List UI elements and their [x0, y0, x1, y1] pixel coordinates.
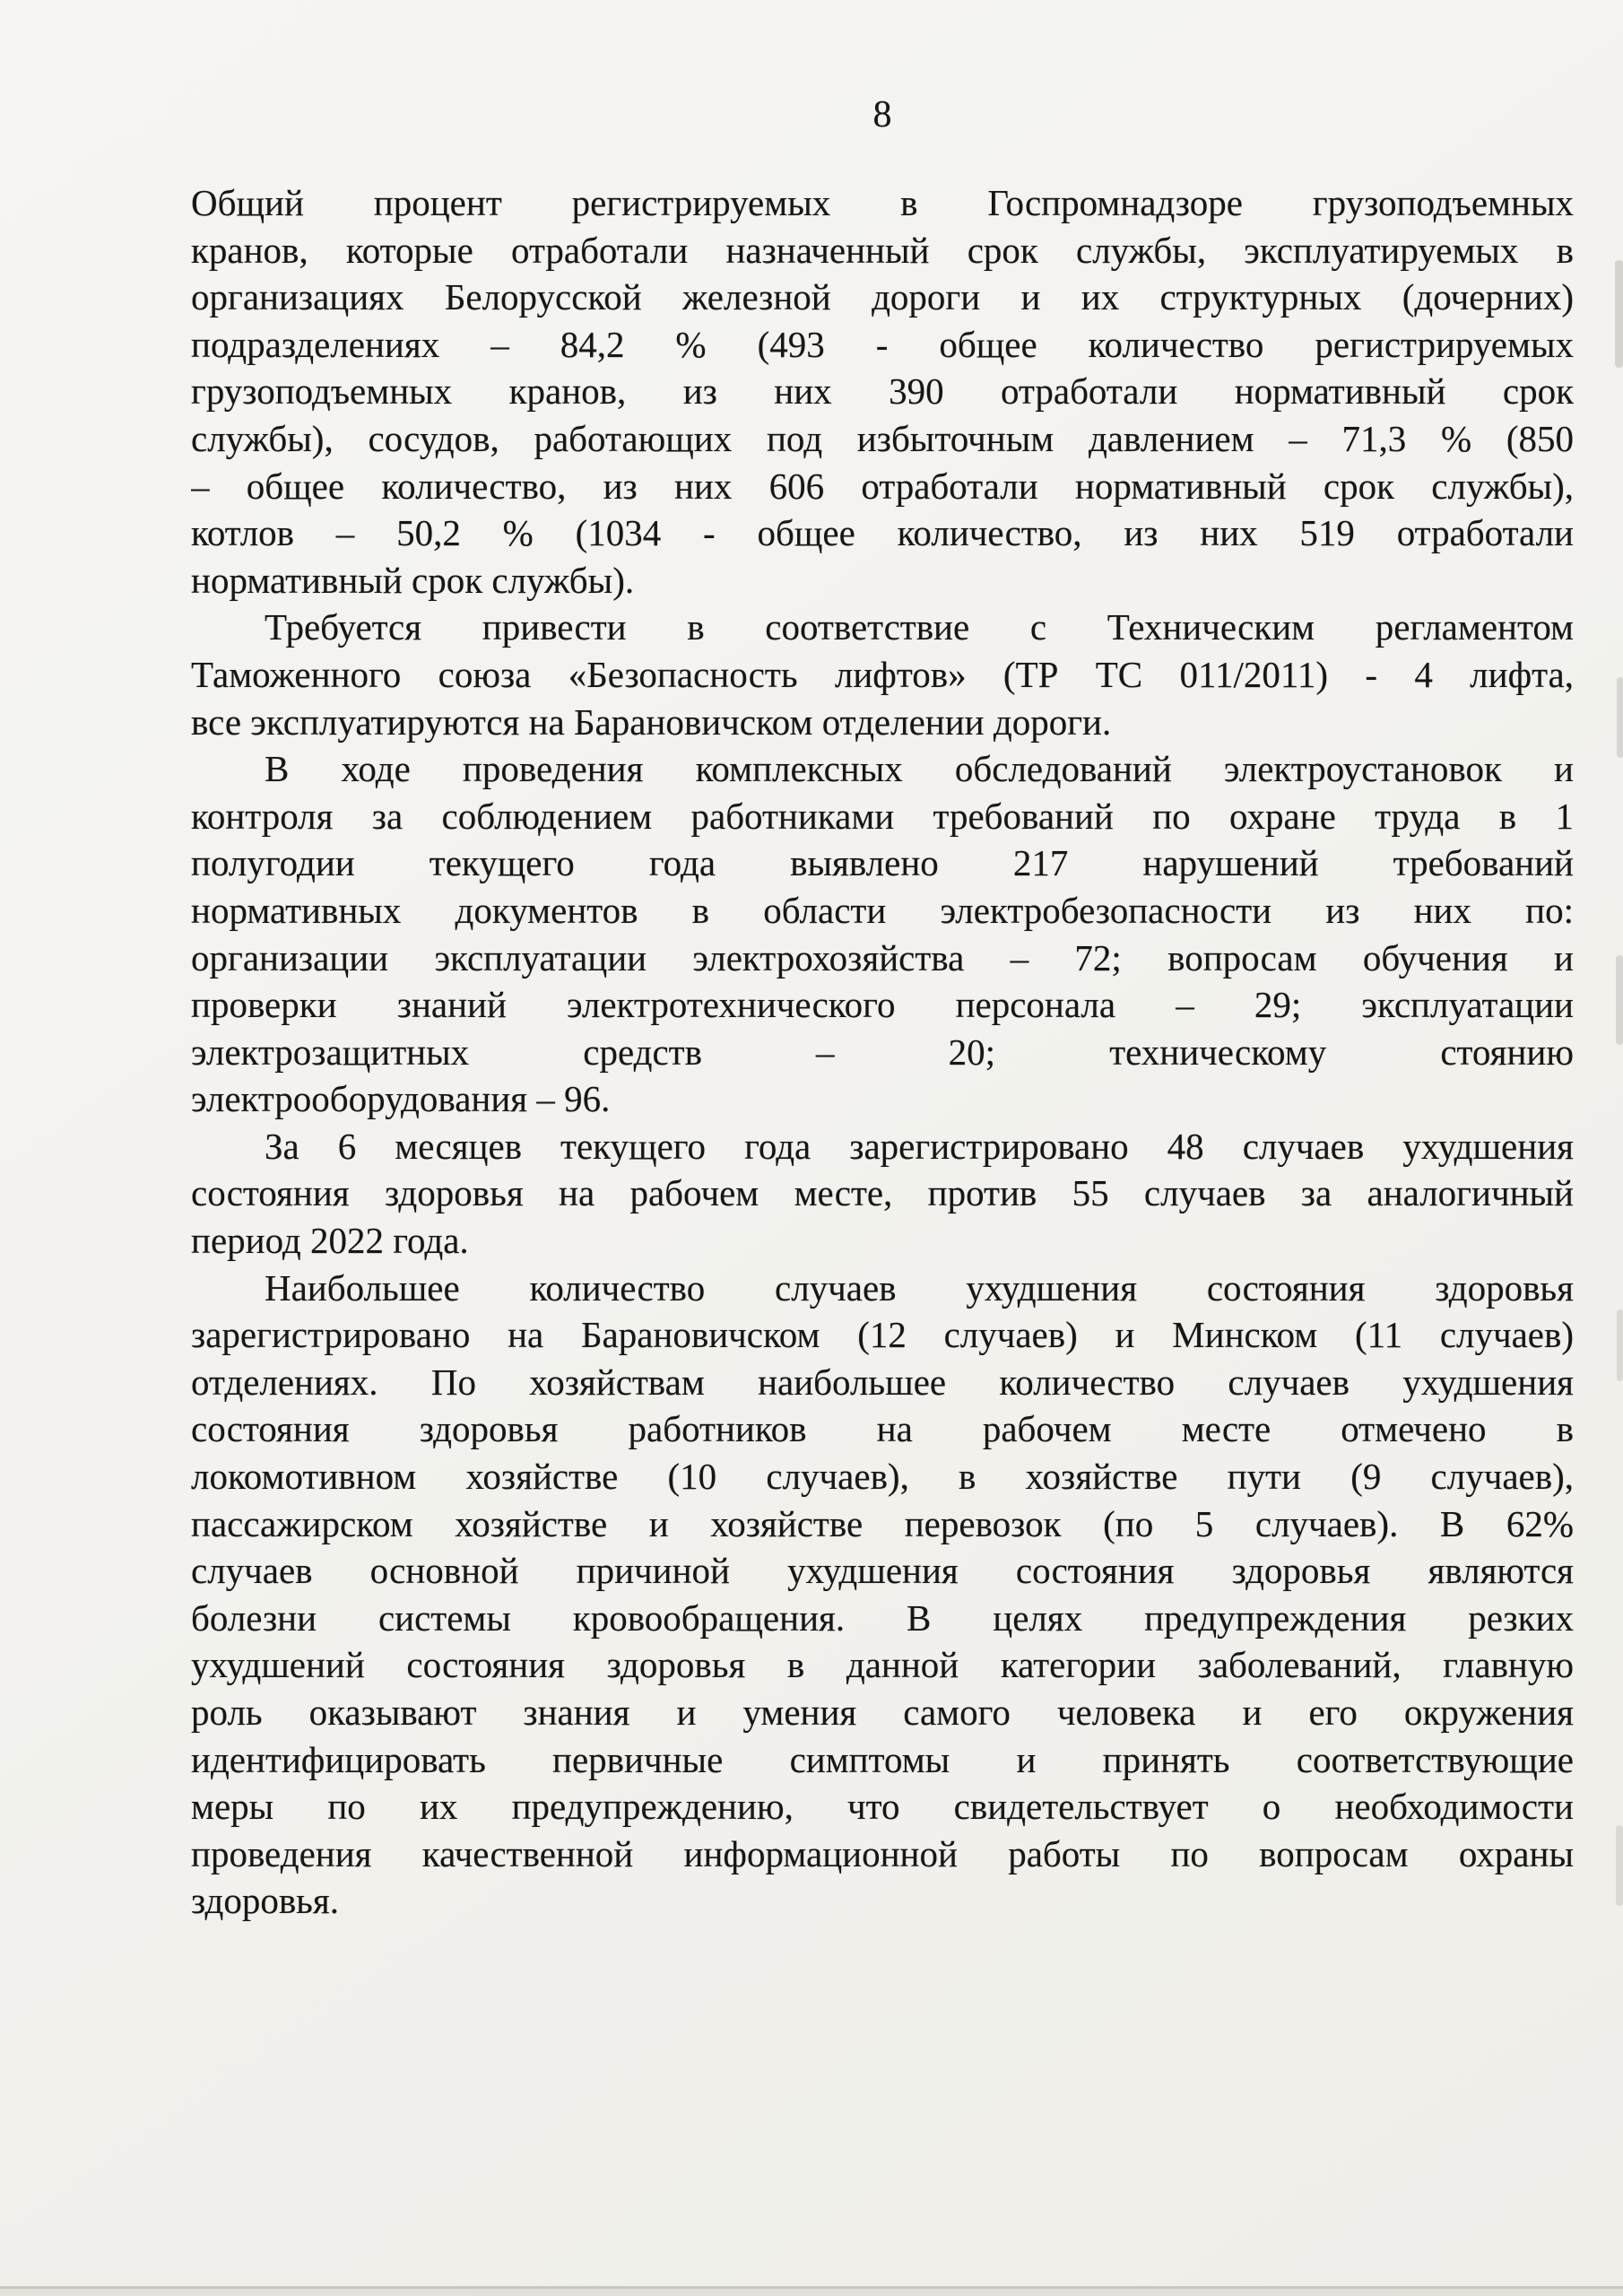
scan-artifact-right-edge [1617, 1309, 1623, 1381]
scan-artifact-right-edge [1615, 260, 1623, 368]
scan-artifact-right-edge [1617, 677, 1623, 758]
scan-artifact-bottom-edge [0, 2286, 1623, 2289]
text-line: идентифицировать первичные симптомы и пр… [191, 1736, 1574, 1784]
text-line: организациях Белорусской железной дороги… [191, 274, 1574, 321]
text-line: грузоподъемных кранов, из них 390 отрабо… [191, 368, 1574, 415]
text-line: состояния здоровья работников на рабочем… [191, 1405, 1574, 1453]
text-line: организации эксплуатации электрохозяйств… [191, 935, 1574, 982]
text-line: электрооборудования – 96. [191, 1075, 1574, 1123]
text-line: нормативных документов в области электро… [191, 887, 1574, 935]
text-line: Наибольшее количество случаев ухудшения … [191, 1265, 1574, 1312]
text-line: Таможенного союза «Безопасность лифтов» … [191, 651, 1574, 699]
text-line: случаев основной причиной ухудшения сост… [191, 1547, 1574, 1595]
text-line: В ходе проведения комплексных обследован… [191, 745, 1574, 793]
text-line: здоровья. [191, 1877, 1574, 1925]
text-line: Требуется привести в соответствие с Техн… [191, 604, 1574, 651]
text-line: меры по их предупреждению, что свидетель… [191, 1783, 1574, 1831]
paragraph: Требуется привести в соответствие с Техн… [191, 604, 1574, 745]
text-line: – общее количество, из них 606 отработал… [191, 463, 1574, 510]
text-line: проведения качественной информационной р… [191, 1831, 1574, 1878]
text-line: период 2022 года. [191, 1217, 1574, 1265]
scan-artifact-bottom-edge [0, 2289, 1623, 2296]
text-line: состояния здоровья на рабочем месте, про… [191, 1170, 1574, 1217]
page-number: 8 [191, 93, 1574, 136]
scan-artifact-right-edge [1616, 1825, 1623, 1906]
scanned-document-page: 8 Общий процент регистрируемых в Госпром… [0, 0, 1623, 2296]
text-line: пассажирском хозяйстве и хозяйстве перев… [191, 1500, 1574, 1548]
text-line: контроля за соблюдением работниками треб… [191, 793, 1574, 840]
text-line: подразделениях – 84,2 % (493 - общее кол… [191, 321, 1574, 369]
paragraph: За 6 месяцев текущего года зарегистриров… [191, 1123, 1574, 1265]
document-text-block: Общий процент регистрируемых в Госпромна… [191, 179, 1574, 1925]
text-line: кранов, которые отработали назначенный с… [191, 227, 1574, 274]
text-line: проверки знаний электротехнического перс… [191, 981, 1574, 1029]
text-line: роль оказывают знания и умения самого че… [191, 1689, 1574, 1736]
text-line: ухудшений состояния здоровья в данной ка… [191, 1641, 1574, 1689]
paragraph: Общий процент регистрируемых в Госпромна… [191, 179, 1574, 604]
text-line: котлов – 50,2 % (1034 - общее количество… [191, 509, 1574, 557]
text-line: зарегистрировано на Барановичском (12 сл… [191, 1311, 1574, 1359]
text-line: полугодии текущего года выявлено 217 нар… [191, 839, 1574, 887]
text-line: Общий процент регистрируемых в Госпромна… [191, 179, 1574, 227]
text-line: отделениях. По хозяйствам наибольшее кол… [191, 1359, 1574, 1406]
paragraph: Наибольшее количество случаев ухудшения … [191, 1265, 1574, 1925]
paragraph: В ходе проведения комплексных обследован… [191, 745, 1574, 1123]
text-line: электрозащитных средств – 20; техническо… [191, 1029, 1574, 1076]
text-line: службы), сосудов, работающих под избыточ… [191, 415, 1574, 463]
text-line: болезни системы кровообращения. В целях … [191, 1595, 1574, 1642]
scan-artifact-right-edge [1616, 955, 1623, 1045]
text-line: За 6 месяцев текущего года зарегистриров… [191, 1123, 1574, 1170]
text-line: все эксплуатируются на Барановичском отд… [191, 699, 1574, 746]
text-line: локомотивном хозяйстве (10 случаев), в х… [191, 1453, 1574, 1500]
text-line: нормативный срок службы). [191, 557, 1574, 604]
